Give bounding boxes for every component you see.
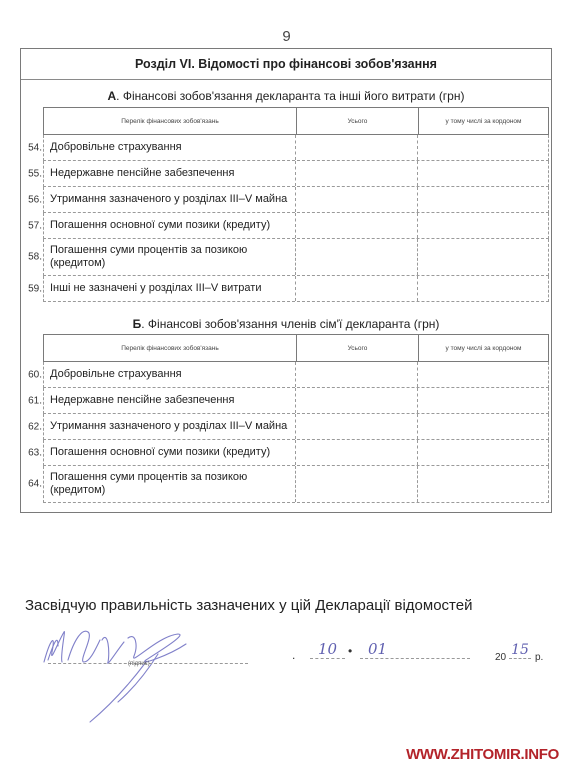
table-row: 60.Добровільне страхування: [43, 362, 549, 388]
table-row: 57.Погашення основної суми позики (креди…: [43, 213, 549, 239]
total-cell[interactable]: [296, 440, 418, 465]
column-header-abroad: у тому числі за кордоном: [419, 335, 548, 361]
date-month-field[interactable]: 01: [360, 640, 470, 659]
certification-statement: Засвідчую правильність зазначених у цій …: [25, 597, 472, 614]
row-label: Інші не зазначені у розділах III–V витра…: [44, 276, 296, 301]
abroad-cell[interactable]: [418, 414, 548, 439]
row-label: Утримання зазначеного у розділах III–V м…: [44, 187, 296, 212]
part-a-title: А. Фінансові зобов'язання декларанта та …: [21, 89, 551, 103]
total-cell[interactable]: [296, 161, 418, 186]
column-header-list: Перелік фінансових зобов'язань: [44, 108, 297, 134]
part-b-title-text: . Фінансові зобов'язання членів сім'ї де…: [141, 317, 439, 331]
row-label: Погашення основної суми позики (кредиту): [44, 213, 296, 238]
row-label: Погашення суми процентів за позикою (кре…: [44, 239, 296, 275]
part-b-title: Б. Фінансові зобов'язання членів сім'ї д…: [21, 317, 551, 331]
column-header-total: Усього: [297, 108, 419, 134]
row-label: Недержавне пенсійне забезпечення: [44, 388, 296, 413]
abroad-cell[interactable]: [418, 213, 548, 238]
row-number: 55.: [22, 168, 42, 179]
total-cell[interactable]: [296, 187, 418, 212]
column-header-abroad: у тому числі за кордоном: [419, 108, 548, 134]
row-number: 62.: [22, 421, 42, 432]
table-row: 61.Недержавне пенсійне забезпечення: [43, 388, 549, 414]
table-row: 54.Добровільне страхування: [43, 135, 549, 161]
part-b-table: Перелік фінансових зобов'язань Усього у …: [43, 334, 549, 503]
row-number: 63.: [22, 447, 42, 458]
part-a-header-row: Перелік фінансових зобов'язань Усього у …: [43, 107, 549, 135]
row-label: Недержавне пенсійне забезпечення: [44, 161, 296, 186]
row-label: Погашення суми процентів за позикою (кре…: [44, 466, 296, 502]
row-number: 61.: [22, 395, 42, 406]
signature-caption: (підпис): [128, 661, 150, 667]
row-label: Добровільне страхування: [44, 135, 296, 160]
column-header-total: Усього: [297, 335, 419, 361]
row-label: Погашення основної суми позики (кредиту): [44, 440, 296, 465]
table-row: 58.Погашення суми процентів за позикою (…: [43, 239, 549, 276]
part-a-table: Перелік фінансових зобов'язань Усього у …: [43, 107, 549, 302]
total-cell[interactable]: [296, 276, 418, 301]
table-row: 55.Недержавне пенсійне забезпечення: [43, 161, 549, 187]
abroad-cell[interactable]: [418, 161, 548, 186]
watermark-link[interactable]: WWW.ZHITOMIR.INFO: [406, 746, 559, 763]
part-a-title-text: . Фінансові зобов'язання декларанта та і…: [116, 89, 464, 103]
table-row: 64.Погашення суми процентів за позикою (…: [43, 466, 549, 503]
total-cell[interactable]: [296, 414, 418, 439]
total-cell[interactable]: [296, 213, 418, 238]
abroad-cell[interactable]: [418, 440, 548, 465]
section-title: Розділ VI. Відомості про фінансові зобов…: [21, 49, 551, 80]
total-cell[interactable]: [296, 362, 418, 387]
date-day-field[interactable]: 10: [310, 640, 345, 659]
row-number: 59.: [22, 283, 42, 294]
abroad-cell[interactable]: [418, 187, 548, 212]
table-row: 63.Погашення основної суми позики (креди…: [43, 440, 549, 466]
total-cell[interactable]: [296, 466, 418, 502]
abroad-cell[interactable]: [418, 276, 548, 301]
part-a-letter: А: [108, 89, 117, 103]
total-cell[interactable]: [296, 388, 418, 413]
abroad-cell[interactable]: [418, 362, 548, 387]
year-prefix: 20: [495, 652, 506, 663]
row-label: Добровільне страхування: [44, 362, 296, 387]
total-cell[interactable]: [296, 135, 418, 160]
abroad-cell[interactable]: [418, 466, 548, 502]
date-dot: .: [292, 648, 295, 662]
page-number: 9: [0, 28, 573, 45]
date-separator: •: [348, 644, 352, 658]
section-frame: Розділ VI. Відомості про фінансові зобов…: [20, 48, 552, 513]
column-header-list: Перелік фінансових зобов'язань: [44, 335, 297, 361]
abroad-cell[interactable]: [418, 388, 548, 413]
row-number: 57.: [22, 220, 42, 231]
row-number: 58.: [22, 252, 42, 263]
abroad-cell[interactable]: [418, 135, 548, 160]
row-number: 56.: [22, 194, 42, 205]
table-row: 56.Утримання зазначеного у розділах III–…: [43, 187, 549, 213]
row-number: 60.: [22, 369, 42, 380]
signature-icon: [38, 622, 238, 732]
row-number: 54.: [22, 142, 42, 153]
abroad-cell[interactable]: [418, 239, 548, 275]
part-b-header-row: Перелік фінансових зобов'язань Усього у …: [43, 334, 549, 362]
year-suffix-field[interactable]: 15: [509, 642, 531, 659]
year-unit: р.: [535, 652, 543, 663]
row-number: 64.: [22, 479, 42, 490]
table-row: 59.Інші не зазначені у розділах III–V ви…: [43, 276, 549, 302]
table-row: 62.Утримання зазначеного у розділах III–…: [43, 414, 549, 440]
row-label: Утримання зазначеного у розділах III–V м…: [44, 414, 296, 439]
total-cell[interactable]: [296, 239, 418, 275]
part-b-letter: Б: [133, 317, 142, 331]
